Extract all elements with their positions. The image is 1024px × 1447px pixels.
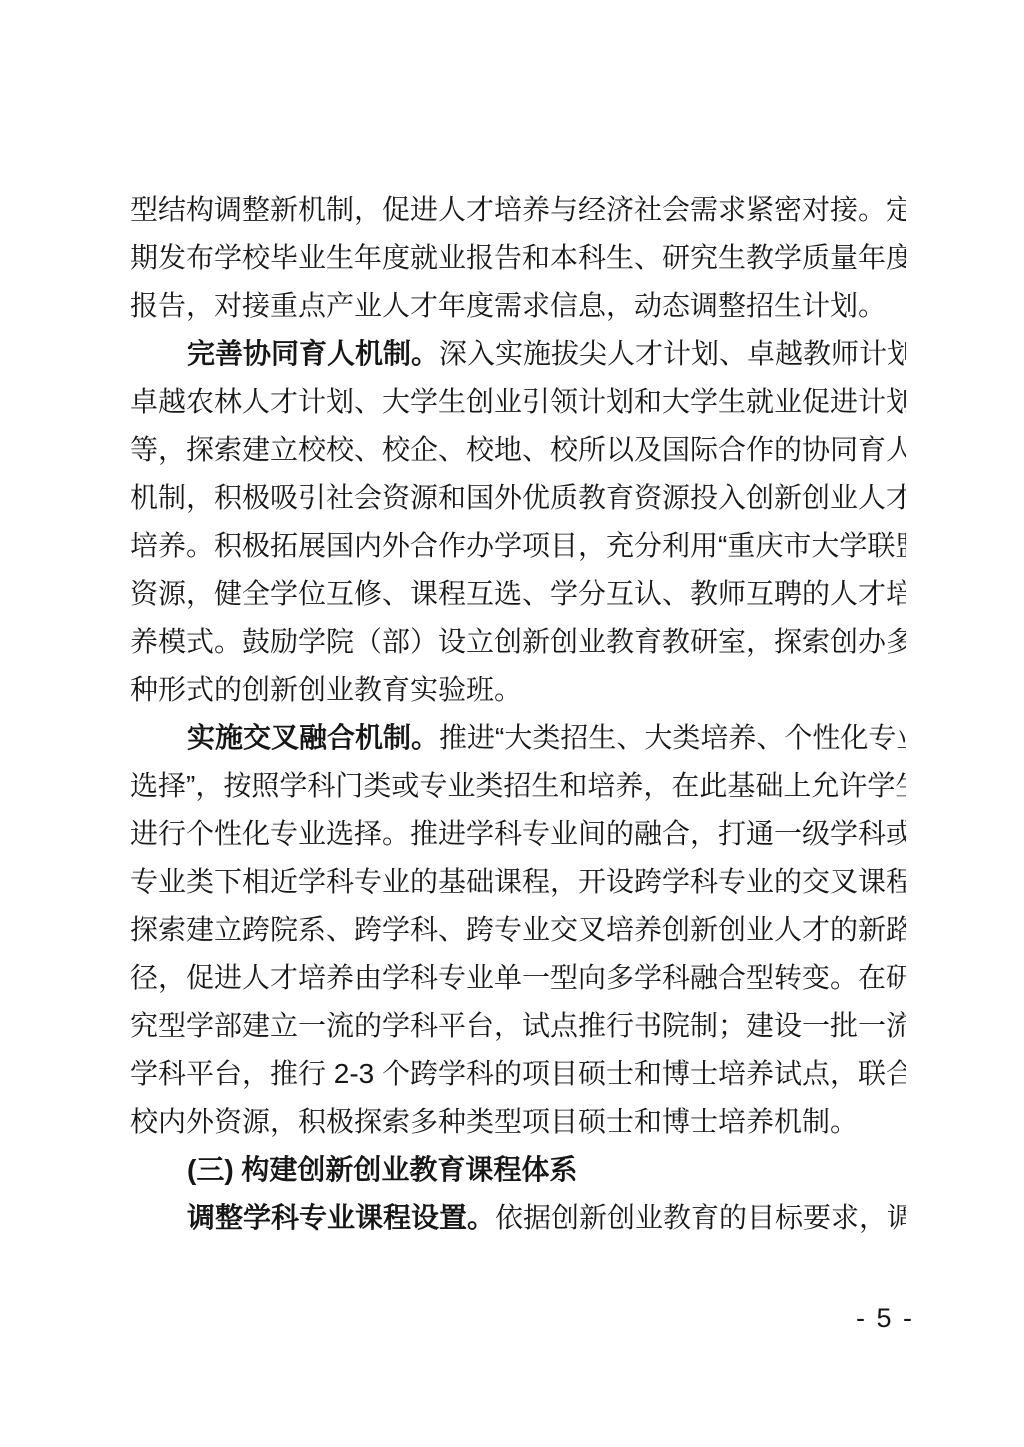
text-segment: 校内外资源，积极探索多种类型项目硕士和博士培养机制。 — [130, 1106, 858, 1137]
document-page: 型结构调整新机制，促进人才培养与经济社会需求紧密对接。定期发布学校毕业生年度就业… — [0, 0, 1024, 1447]
text-segment: 依据创新创业教育的目标要求，调 — [495, 1202, 906, 1233]
text-line: 调整学科专业课程设置。依据创新创业教育的目标要求，调 — [130, 1194, 906, 1242]
text-segment: 养模式。鼓励学院（部）设立创新创业教育教研室，探索创办多 — [130, 626, 906, 657]
text-line: 进行个性化专业选择。推进学科专业间的融合，打通一级学科或 — [130, 810, 906, 858]
text-segment: 学科平台，推行 2-3 个跨学科的项目硕士和博士培养试点，联合 — [130, 1058, 906, 1089]
text-segment: 进行个性化专业选择。推进学科专业间的融合，打通一级学科或 — [130, 818, 906, 849]
text-segment: 径，促进人才培养由学科专业单一型向多学科融合型转变。在研 — [130, 962, 906, 993]
text-segment: 机制，积极吸引社会资源和国外优质教育资源投入创新创业人才 — [130, 482, 906, 513]
text-segment: 资源，健全学位互修、课程互选、学分互认、教师互聘的人才培 — [130, 578, 906, 609]
text-segment: 专业类下相近学科专业的基础课程，开设跨学科专业的交叉课程， — [130, 866, 906, 897]
text-segment: 种形式的创新创业教育实验班。 — [130, 674, 522, 705]
text-line: 种形式的创新创业教育实验班。 — [130, 666, 906, 714]
page-number: - 5 - — [856, 1300, 914, 1336]
text-line: 机制，积极吸引社会资源和国外优质教育资源投入创新创业人才 — [130, 474, 906, 522]
text-line: 养模式。鼓励学院（部）设立创新创业教育教研室，探索创办多 — [130, 618, 906, 666]
text-line: (三) 构建创新创业教育课程体系 — [130, 1146, 906, 1194]
text-line: 专业类下相近学科专业的基础课程，开设跨学科专业的交叉课程， — [130, 858, 906, 906]
text-line: 期发布学校毕业生年度就业报告和本科生、研究生教学质量年度 — [130, 234, 906, 282]
text-line: 型结构调整新机制，促进人才培养与经济社会需求紧密对接。定 — [130, 186, 906, 234]
text-line: 径，促进人才培养由学科专业单一型向多学科融合型转变。在研 — [130, 954, 906, 1002]
text-segment: 究型学部建立一流的学科平台，试点推行书院制；建设一批一流 — [130, 1010, 906, 1041]
text-segment: 卓越农林人才计划、大学生创业引领计划和大学生就业促进计划 — [130, 386, 906, 417]
text-segment: 型结构调整新机制，促进人才培养与经济社会需求紧密对接。定 — [130, 194, 906, 225]
text-line: 选择”，按照学科门类或专业类招生和培养，在此基础上允许学生 — [130, 762, 906, 810]
text-line: 卓越农林人才计划、大学生创业引领计划和大学生就业促进计划 — [130, 378, 906, 426]
bold-text-segment: (三) 构建创新创业教育课程体系 — [187, 1154, 577, 1185]
text-line: 究型学部建立一流的学科平台，试点推行书院制；建设一批一流 — [130, 1002, 906, 1050]
text-line: 探索建立跨院系、跨学科、跨专业交叉培养创新创业人才的新路 — [130, 906, 906, 954]
text-line: 完善协同育人机制。深入实施拔尖人才计划、卓越教师计划、 — [130, 330, 906, 378]
text-line: 校内外资源，积极探索多种类型项目硕士和博士培养机制。 — [130, 1098, 906, 1146]
bold-text-segment: 完善协同育人机制。 — [187, 338, 439, 369]
text-line: 报告，对接重点产业人才年度需求信息，动态调整招生计划。 — [130, 282, 906, 330]
text-segment: 培养。积极拓展国内外合作办学项目，充分利用“重庆市大学联盟” — [130, 530, 906, 561]
text-segment: 推进“大类招生、大类培养、个性化专业 — [439, 722, 906, 753]
text-line: 实施交叉融合机制。推进“大类招生、大类培养、个性化专业 — [130, 714, 906, 762]
text-segment: 期发布学校毕业生年度就业报告和本科生、研究生教学质量年度 — [130, 242, 906, 273]
text-segment: 探索建立跨院系、跨学科、跨专业交叉培养创新创业人才的新路 — [130, 914, 906, 945]
text-segment: 深入实施拔尖人才计划、卓越教师计划、 — [439, 338, 906, 369]
bold-text-segment: 实施交叉融合机制。 — [187, 722, 439, 753]
text-line: 等，探索建立校校、校企、校地、校所以及国际合作的协同育人 — [130, 426, 906, 474]
text-segment: 等，探索建立校校、校企、校地、校所以及国际合作的协同育人 — [130, 434, 906, 465]
document-body: 型结构调整新机制，促进人才培养与经济社会需求紧密对接。定期发布学校毕业生年度就业… — [130, 186, 906, 1242]
text-line: 资源，健全学位互修、课程互选、学分互认、教师互聘的人才培 — [130, 570, 906, 618]
text-line: 培养。积极拓展国内外合作办学项目，充分利用“重庆市大学联盟” — [130, 522, 906, 570]
text-segment: 报告，对接重点产业人才年度需求信息，动态调整招生计划。 — [130, 290, 886, 321]
text-segment: 选择”，按照学科门类或专业类招生和培养，在此基础上允许学生 — [130, 770, 906, 801]
text-line: 学科平台，推行 2-3 个跨学科的项目硕士和博士培养试点，联合 — [130, 1050, 906, 1098]
bold-text-segment: 调整学科专业课程设置。 — [187, 1202, 495, 1233]
